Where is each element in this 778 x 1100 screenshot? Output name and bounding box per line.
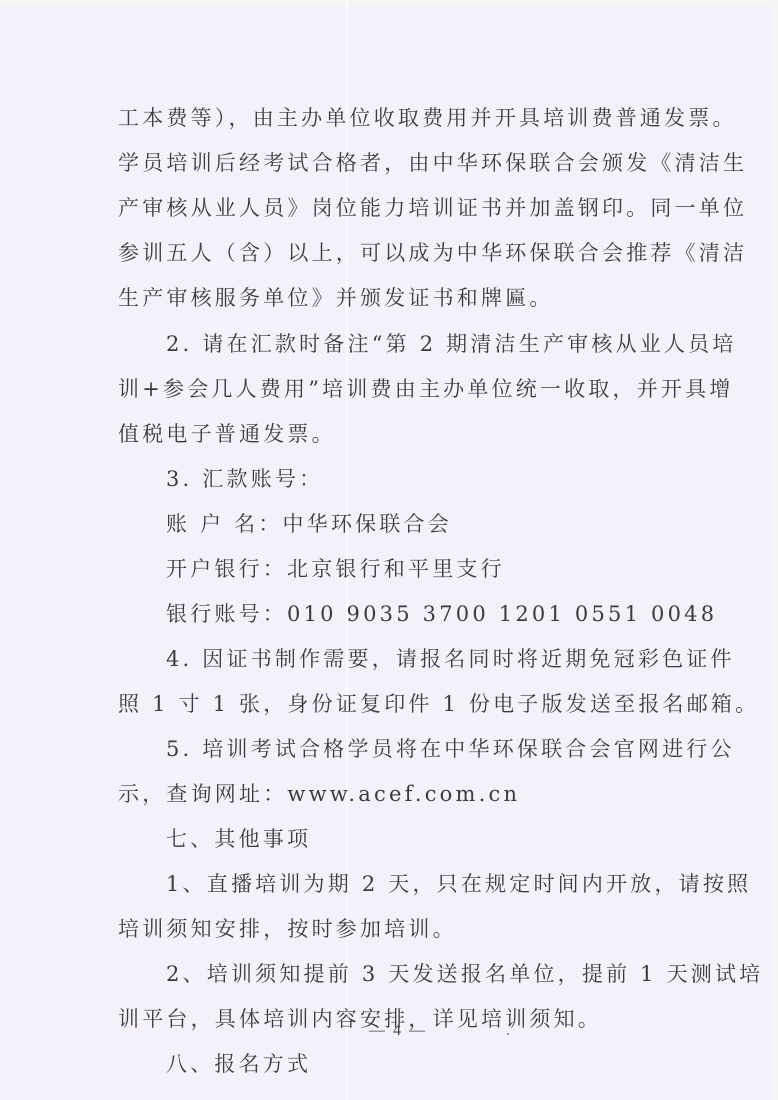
section-7-heading: 七、其他事项 <box>166 821 311 857</box>
scan-speck <box>507 1033 509 1035</box>
paragraph-line: 生产审核服务单位》并颁发证书和牌匾。 <box>118 280 554 316</box>
bank-name-line: 开户银行：北京银行和平里支行 <box>166 551 505 587</box>
paragraph-line: 训+参会几人费用”培训费由主办单位统一收取，并开具增 <box>118 371 734 407</box>
paragraph-line: 产审核从业人员》岗位能力培训证书并加盖钢印。同一单位 <box>118 190 747 226</box>
section-7-item-2: 2、培训须知提前 3 天发送报名单位，提前 1 天测试培 <box>166 956 763 992</box>
scan-top-edge <box>0 0 778 6</box>
section-8-heading: 八、报名方式 <box>166 1046 311 1082</box>
item-5-line: 5. 培训考试合格学员将在中华环保联合会官网进行公 <box>166 731 735 767</box>
scan-right-edge <box>773 0 778 1100</box>
account-number-line: 银行账号：010 9035 3700 1201 0551 0048 <box>166 596 717 632</box>
paragraph-line: 参训五人（含）以上，可以成为中华环保联合会推荐《清洁 <box>118 235 747 271</box>
paragraph-line: 照 1 寸 1 张，身份证复印件 1 份电子版发送至报名邮箱。 <box>118 686 759 722</box>
paragraph-line: 学员培训后经考试合格者，由中华环保联合会颁发《清洁生 <box>118 145 747 181</box>
paragraph-line: 工本费等），由主办单位收取费用并开具培训费普通发票。 <box>118 100 737 136</box>
item-3-heading: 3. 汇款账号： <box>166 461 323 497</box>
item-4-line: 4. 因证书制作需要，请报名同时将近期免冠彩色证件 <box>166 641 735 677</box>
paragraph-line: 训平台，具体培训内容安排，详见培训须知。 <box>118 1001 602 1037</box>
website-line: 示，查询网址：www.acef.com.cn <box>118 776 520 812</box>
account-name-line: 账 户 名：中华环保联合会 <box>166 506 452 542</box>
page-number: — 4 — <box>369 1022 427 1040</box>
paragraph-line: 值税电子普通发票。 <box>118 416 336 452</box>
item-2-line: 2. 请在汇款时备注“第 2 期清洁生产审核从业人员培 <box>166 326 737 362</box>
section-7-item-1: 1、直播培训为期 2 天，只在规定时间内开放，请按照 <box>166 866 751 902</box>
paragraph-line: 培训须知安排，按时参加培训。 <box>118 911 457 947</box>
